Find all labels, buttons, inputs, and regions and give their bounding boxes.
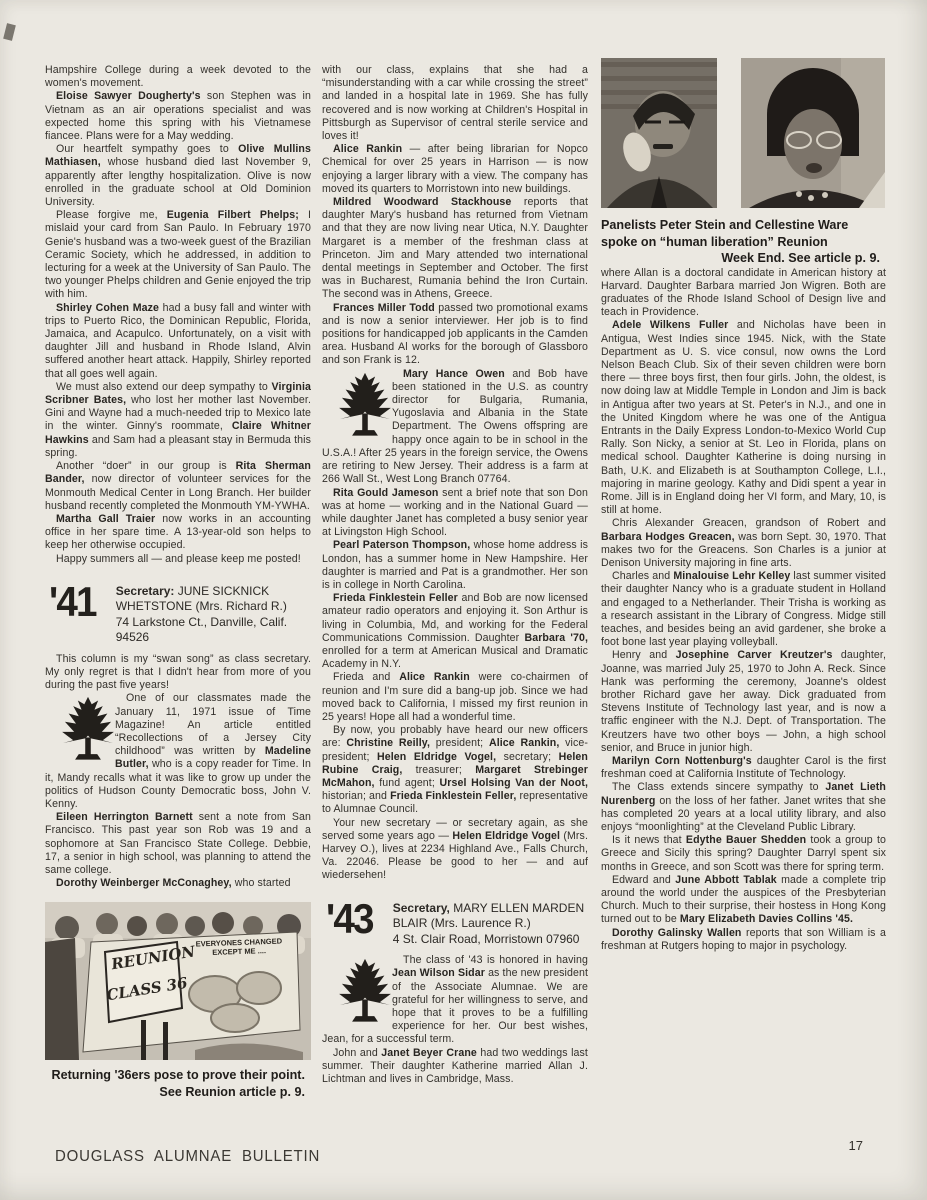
body-text: Hampshire College during a week devoted … xyxy=(45,64,311,89)
paragraph: Your new secretary — or secretary again,… xyxy=(322,817,588,883)
body-text: president; xyxy=(430,737,489,749)
alumna-name: Janet Beyer Crane xyxy=(381,1047,477,1059)
paragraph: Dorothy Galinsky Wallen reports that son… xyxy=(601,927,886,953)
paragraph: Our heartfelt sympathy goes to Olive Mul… xyxy=(45,143,311,209)
pine-tree-icon xyxy=(49,695,105,767)
paragraph-with-tree-icon: One of our classmates made the January 1… xyxy=(45,692,311,811)
paragraph: We must also extend our deep sympathy to… xyxy=(45,381,311,460)
paragraph: By now, you probably have heard our new … xyxy=(322,724,588,816)
alumna-name: Alice Rankin, xyxy=(489,737,559,749)
photo-caption: Returning '36ers pose to prove their poi… xyxy=(45,1067,311,1100)
paragraph: Frances Miller Todd passed two promotion… xyxy=(322,302,588,368)
alumna-name: Frances Miller Todd xyxy=(333,302,435,314)
paragraph: with our class, explains that she had a … xyxy=(322,64,588,143)
caption-line: Panelists Peter Stein and Cellestine War… xyxy=(601,217,886,234)
body-text: Happy summers all — and please keep me p… xyxy=(56,553,301,565)
alumna-name: Secretary, xyxy=(393,901,454,915)
alumna-name: Marilyn Corn Nottenburg's xyxy=(612,755,752,767)
paragraph: John and Janet Beyer Crane had two weddi… xyxy=(322,1047,588,1087)
secretary-line: Secretary: JUNE SICKNICK xyxy=(116,584,311,600)
secretary-block: Secretary: JUNE SICKNICKWHETSTONE (Mrs. … xyxy=(116,582,311,646)
class-year-header: '43Secretary, MARY ELLEN MARDENBLAIR (Mr… xyxy=(326,899,588,948)
paragraph: Charles and Minalouise Lehr Kelley last … xyxy=(601,570,886,649)
paragraph: Mildred Woodward Stackhouse reports that… xyxy=(322,196,588,302)
paragraph: Martha Gall Traier now works in an accou… xyxy=(45,513,311,553)
paragraph: Alice Rankin — after being librarian for… xyxy=(322,143,588,196)
paragraph: where Allan is a doctoral candidate in A… xyxy=(601,267,886,320)
paragraph: Henry and Josephine Carver Kreutzer's da… xyxy=(601,649,886,755)
class-year-numeral: '41 xyxy=(49,582,96,622)
alumna-name: Frieda Finklestein Feller xyxy=(333,592,458,604)
body-text: daughter, Joanne, was married July 25, 1… xyxy=(601,649,886,753)
alumna-name: Dorothy Weinberger McConaghey, xyxy=(56,877,232,889)
pine-tree-icon xyxy=(326,371,382,443)
paragraph: Is it news that Edythe Bauer Shedden too… xyxy=(601,834,886,874)
body-text: The Class extends sincere sympathy to xyxy=(612,781,825,793)
scan-edge-mark xyxy=(3,23,16,41)
body-text: now director of volunteer services for t… xyxy=(45,473,311,511)
body-text: Another “doer” in our group is xyxy=(56,460,236,472)
alumna-name: Eugenia Filbert Phelps; xyxy=(167,209,299,221)
column-right: Panelists Peter Stein and Cellestine War… xyxy=(601,58,886,953)
body-text: treasurer; xyxy=(402,764,475,776)
alumna-name: Frieda Finklestein Feller, xyxy=(390,790,516,802)
page-number: 17 xyxy=(849,1138,863,1153)
alumna-name: Eloise Sawyer Dougherty's xyxy=(56,90,201,102)
bulletin-title: DOUGLASS ALUMNAE BULLETIN xyxy=(55,1148,320,1166)
alumna-name: Mary Hance Owen xyxy=(403,368,505,380)
column-left: Hampshire College during a week devoted … xyxy=(45,64,311,1100)
body-text: I mislaid your card from San Paulo. In F… xyxy=(45,209,311,300)
paragraph: Frieda and Alice Rankin were co-chairmen… xyxy=(322,671,588,724)
alumna-name: Helen Eldridge Vogel xyxy=(452,830,560,842)
paragraph: The Class extends sincere sympathy to Ja… xyxy=(601,781,886,834)
alumna-name: Rita Gould Jameson xyxy=(333,487,439,499)
body-text: Chris Alexander Greacen, grandson of Rob… xyxy=(612,517,886,529)
alumna-name: Mildred Woodward Stackhouse xyxy=(333,196,511,208)
column-middle: with our class, explains that she had a … xyxy=(322,64,588,1086)
caption-line: Returning '36ers pose to prove their poi… xyxy=(45,1067,311,1084)
reunion-class36-photo: REUNIONCLASS 36EVERYONES CHANGED EXCEPT … xyxy=(45,902,311,1060)
panelist-photo-peter-stein xyxy=(601,58,717,208)
body-text: John and xyxy=(333,1047,381,1059)
paragraph: Happy summers all — and please keep me p… xyxy=(45,553,311,566)
body-text: Please forgive me, xyxy=(56,209,167,221)
paragraph: Frieda Finklestein Feller and Bob are no… xyxy=(322,592,588,671)
body-text: with our class, explains that she had a … xyxy=(322,64,588,142)
caption-line: See Reunion article p. 9. xyxy=(45,1084,311,1101)
paragraph: This column is my “swan song” as class s… xyxy=(45,653,311,693)
body-text: secretary; xyxy=(496,751,559,763)
body-text: enrolled for a term at American Musical … xyxy=(322,645,588,670)
secretary-line: 4 St. Clair Road, Morristown 07960 xyxy=(393,932,584,948)
alumna-name: Helen Eldridge Vogel, xyxy=(377,751,496,763)
paragraph: Please forgive me, Eugenia Filbert Phelp… xyxy=(45,209,311,301)
body-text: fund agent; xyxy=(375,777,440,789)
paragraph: Chris Alexander Greacen, grandson of Rob… xyxy=(601,517,886,570)
body-text: The class of '43 is honored in having xyxy=(403,954,588,966)
body-text: We must also extend our deep sympathy to xyxy=(56,381,272,393)
paragraph: Hampshire College during a week devoted … xyxy=(45,64,311,90)
body-text: Charles and xyxy=(612,570,673,582)
alumna-name: Mary Elizabeth Davies Collins '45. xyxy=(680,913,853,925)
paragraph: Rita Gould Jameson sent a brief note tha… xyxy=(322,487,588,540)
alumna-name: Ursel Holsing Van der Noot, xyxy=(440,777,589,789)
body-text: Frieda and xyxy=(333,671,399,683)
body-text: Is it news that xyxy=(612,834,686,846)
alumna-name: Dorothy Galinsky Wallen xyxy=(612,927,742,939)
body-text: JUNE SICKNICK xyxy=(178,584,269,598)
class-year-header: '41Secretary: JUNE SICKNICKWHETSTONE (Mr… xyxy=(49,582,311,646)
class-year-numeral: '43 xyxy=(326,899,373,939)
paragraph: Eileen Herrington Barnett sent a note fr… xyxy=(45,811,311,877)
alumna-name: Shirley Cohen Maze xyxy=(56,302,159,314)
paragraph: Another “doer” in our group is Rita Sher… xyxy=(45,460,311,513)
secretary-line: WHETSTONE (Mrs. Richard R.) xyxy=(116,599,311,615)
alumna-name: Edythe Bauer Shedden xyxy=(686,834,806,846)
body-text: BLAIR (Mrs. Laurence R.) xyxy=(393,916,531,930)
alumna-name: Josephine Carver Kreutzer's xyxy=(676,649,833,661)
caption-line: spoke on “human liberation” Reunion xyxy=(601,234,886,251)
alumna-name: Secretary: xyxy=(116,584,178,598)
paragraph: Eloise Sawyer Dougherty's son Stephen wa… xyxy=(45,90,311,143)
body-text: historian; and xyxy=(322,790,390,802)
panelist-photo-cellestine-ware xyxy=(741,58,885,208)
alumna-name: Christine Reilly, xyxy=(346,737,430,749)
alumna-name: Eileen Herrington Barnett xyxy=(56,811,193,823)
body-text: where Allan is a doctoral candidate in A… xyxy=(601,267,886,319)
body-text: and Nicholas have been in Antigua, West … xyxy=(601,319,886,516)
photo-caption: Panelists Peter Stein and Cellestine War… xyxy=(601,217,886,267)
alumna-name: Barbara Hodges Greacen, xyxy=(601,531,735,543)
body-text: Henry and xyxy=(612,649,676,661)
paragraph-with-tree-icon: Mary Hance Owen and Bob have been statio… xyxy=(322,368,588,487)
paragraph: Adele Wilkens Fuller and Nicholas have b… xyxy=(601,319,886,517)
body-text: who started xyxy=(232,877,291,889)
paragraph: Dorothy Weinberger McConaghey, who start… xyxy=(45,877,311,890)
alumna-name: June Abbott Tablak xyxy=(675,874,777,886)
body-text: reports that daughter Mary's husband has… xyxy=(322,196,588,300)
alumna-name: Alice Rankin xyxy=(399,671,470,683)
body-text: WHETSTONE (Mrs. Richard R.) xyxy=(116,599,287,613)
bulletin-page: Hampshire College during a week devoted … xyxy=(0,0,927,1200)
body-text: 4 St. Clair Road, Morristown 07960 xyxy=(393,932,580,946)
alumna-name: Barbara '70, xyxy=(524,632,588,644)
secretary-line: Secretary, MARY ELLEN MARDEN xyxy=(393,901,584,917)
paragraph-with-tree-icon: The class of '43 is honored in having Je… xyxy=(322,954,588,1046)
paragraph: Edward and June Abbott Tablak made a com… xyxy=(601,874,886,927)
alumna-name: Adele Wilkens Fuller xyxy=(612,319,728,331)
body-text: Our heartfelt sympathy goes to xyxy=(56,143,238,155)
body-text: Edward and xyxy=(612,874,675,886)
panelist-photos xyxy=(601,58,886,208)
alumna-name: Martha Gall Traier xyxy=(56,513,155,525)
alumna-name: Alice Rankin xyxy=(333,143,402,155)
caption-line: Week End. See article p. 9. xyxy=(601,250,886,267)
body-text: 74 Larkstone Ct., Danville, Calif. 94526 xyxy=(116,615,287,645)
alumna-name: Jean Wilson Sidar xyxy=(392,967,485,979)
paragraph: Marilyn Corn Nottenburg's daughter Carol… xyxy=(601,755,886,781)
secretary-line: 74 Larkstone Ct., Danville, Calif. 94526 xyxy=(116,615,311,646)
alumna-name: Pearl Paterson Thompson, xyxy=(333,539,470,551)
body-text: MARY ELLEN MARDEN xyxy=(453,901,584,915)
paragraph: Pearl Paterson Thompson, whose home addr… xyxy=(322,539,588,592)
pine-tree-icon xyxy=(326,957,382,1029)
secretary-line: BLAIR (Mrs. Laurence R.) xyxy=(393,916,584,932)
body-text: This column is my “swan song” as class s… xyxy=(45,653,311,691)
secretary-block: Secretary, MARY ELLEN MARDENBLAIR (Mrs. … xyxy=(393,899,584,948)
paragraph: Shirley Cohen Maze had a busy fall and w… xyxy=(45,302,311,381)
alumna-name: Minalouise Lehr Kelley xyxy=(673,570,790,582)
